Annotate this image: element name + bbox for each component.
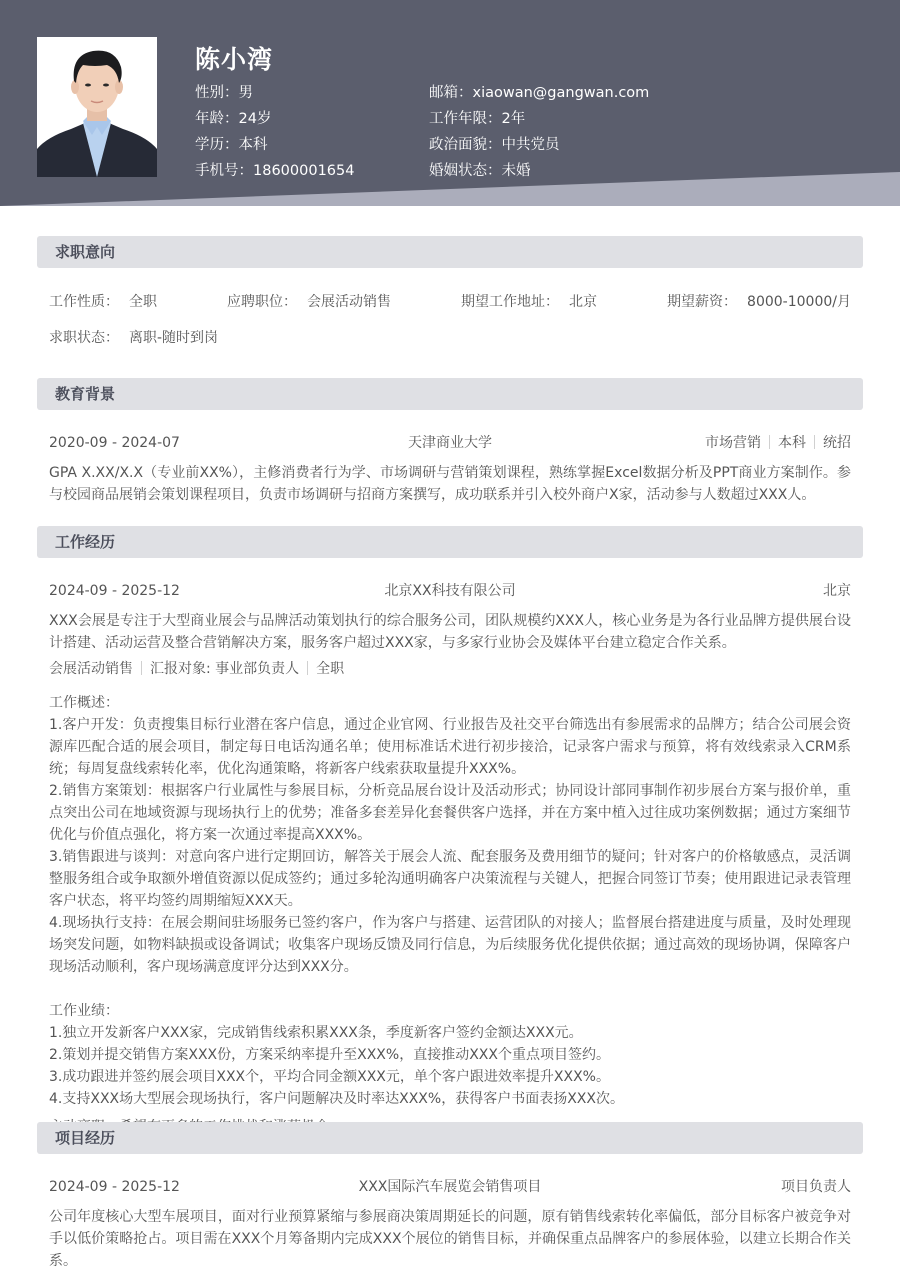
project-content: 2024-09 - 2025-12 XXX国际汽车展览会销售项目 项目负责人 公… bbox=[37, 1154, 863, 1272]
info-value: 中共党员 bbox=[502, 137, 560, 153]
work-meta-row: 2024-09 - 2025-12 北京XX科技有限公司 北京 bbox=[49, 580, 851, 602]
major-tag: 市场营销 bbox=[705, 435, 761, 451]
profile-photo bbox=[37, 37, 157, 177]
job-intent-content: 工作性质：全职 应聘职位：会展活动销售 期望工作地址：北京 期望薪资：8000-… bbox=[37, 268, 863, 349]
section-title: 求职意向 bbox=[37, 236, 863, 268]
intent-status: 求职状态：离职-随时到岗 bbox=[49, 327, 218, 349]
tag-divider bbox=[307, 661, 308, 675]
overview-item: 4.现场执行支持：在展会期间驻场服务已签约客户，作为客户与搭建、运营团队的对接人… bbox=[49, 912, 851, 978]
info-age: 年龄：24岁 bbox=[195, 108, 354, 134]
intent-row: 工作性质：全职 应聘职位：会展活动销售 期望工作地址：北京 期望薪资：8000-… bbox=[49, 291, 851, 313]
info-education: 学历：本科 bbox=[195, 134, 354, 160]
report-to-tag: 汇报对象: 事业部负责人 bbox=[150, 661, 299, 677]
phone-value[interactable]: 18600001654 bbox=[253, 163, 354, 179]
overview-item: 1.客户开发：负责搜集目标行业潜在客户信息，通过企业官网、行业报告及社交平台筛选… bbox=[49, 714, 851, 780]
overview-item: 2.销售方案策划：根据客户行业属性与参展目标，分析竞品展台设计及活动形式；协同设… bbox=[49, 780, 851, 846]
intent-value: 全职 bbox=[129, 294, 157, 310]
intent-status-row: 求职状态：离职-随时到岗 bbox=[49, 327, 851, 349]
info-phone: 手机号：18600001654 bbox=[195, 160, 354, 186]
achievement-item: 2.策划并提交销售方案XXX份，方案采纳率提升至XXX%，直接推动XXX个重点项… bbox=[49, 1044, 851, 1066]
degree-tag: 本科 bbox=[778, 435, 806, 451]
intent-label: 工作性质： bbox=[49, 294, 119, 310]
info-value: 未婚 bbox=[502, 163, 531, 179]
intent-position: 应聘职位：会展活动销售 bbox=[227, 291, 391, 313]
resume-header: 陈小湾 性别：男 年龄：24岁 学历：本科 手机号：18600001654 邮箱… bbox=[0, 0, 900, 206]
achievement-item: 1.独立开发新客户XXX家，完成销售线索积累XXX条，季度新客户签约金额达XXX… bbox=[49, 1022, 851, 1044]
section-title: 教育背景 bbox=[37, 378, 863, 410]
enrollment-tag: 统招 bbox=[823, 435, 851, 451]
intent-value: 会展活动销售 bbox=[307, 294, 391, 310]
email-value[interactable]: xiaowan@gangwan.com bbox=[473, 85, 650, 101]
work-content: 2024-09 - 2025-12 北京XX科技有限公司 北京 XXX会展是专注… bbox=[37, 558, 863, 1138]
education-meta-row: 2020-09 - 2024-07 天津商业大学 市场营销本科统招 bbox=[49, 432, 851, 454]
tag-divider bbox=[141, 661, 142, 675]
intent-label: 期望薪资： bbox=[667, 294, 737, 310]
section-title: 项目经历 bbox=[37, 1122, 863, 1154]
info-work-years: 工作年限：2年 bbox=[429, 108, 649, 134]
overview-item: 3.销售跟进与谈判：对意向客户进行定期回访，解答关于展会人流、配套服务及费用细节… bbox=[49, 846, 851, 912]
work-achievements: 工作业绩： 1.独立开发新客户XXX家，完成销售线索积累XXX条，季度新客户签约… bbox=[49, 1000, 851, 1110]
info-email: 邮箱：xiaowan@gangwan.com bbox=[429, 82, 649, 108]
intent-salary: 期望薪资：8000-10000/月 bbox=[667, 291, 851, 313]
basic-info-right: 邮箱：xiaowan@gangwan.com 工作年限：2年 政治面貌：中共党员… bbox=[429, 82, 649, 186]
project-name: XXX国际汽车展览会销售项目 bbox=[49, 1176, 851, 1198]
basic-info-left: 性别：男 年龄：24岁 学历：本科 手机号：18600001654 bbox=[195, 82, 354, 186]
company-intro: XXX会展是专注于大型商业展会与品牌活动策划执行的综合服务公司，团队规模约XXX… bbox=[49, 610, 851, 654]
info-label: 性别： bbox=[195, 85, 239, 101]
achievements-title: 工作业绩： bbox=[49, 1000, 851, 1022]
intent-value: 北京 bbox=[569, 294, 597, 310]
info-label: 政治面貌： bbox=[429, 137, 502, 153]
info-label: 婚姻状态： bbox=[429, 163, 502, 179]
project-role: 项目负责人 bbox=[781, 1176, 851, 1198]
info-value: 24岁 bbox=[239, 111, 272, 127]
overview-title: 工作概述： bbox=[49, 692, 851, 714]
intent-value: 离职-随时到岗 bbox=[129, 330, 218, 346]
role-tag: 会展活动销售 bbox=[49, 661, 133, 677]
info-label: 手机号： bbox=[195, 163, 253, 179]
info-gender: 性别：男 bbox=[195, 82, 354, 108]
achievement-item: 3.成功跟进并签约展会项目XXX个，平均合同金额XXX元，单个客户跟进效率提升X… bbox=[49, 1066, 851, 1088]
info-label: 工作年限： bbox=[429, 111, 502, 127]
section-title: 工作经历 bbox=[37, 526, 863, 558]
info-political-status: 政治面貌：中共党员 bbox=[429, 134, 649, 160]
section-job-intent: 求职意向 工作性质：全职 应聘职位：会展活动销售 期望工作地址：北京 期望薪资：… bbox=[37, 236, 863, 349]
info-label: 邮箱： bbox=[429, 85, 473, 101]
intent-label: 求职状态： bbox=[49, 330, 119, 346]
section-work-experience: 工作经历 2024-09 - 2025-12 北京XX科技有限公司 北京 XXX… bbox=[37, 526, 863, 1138]
employment-type-tag: 全职 bbox=[316, 661, 344, 677]
candidate-name: 陈小湾 bbox=[195, 40, 273, 76]
achievement-item: 4.支持XXX场大型展会现场执行，客户问题解决及时率达XXX%，获得客户书面表扬… bbox=[49, 1088, 851, 1110]
section-education: 教育背景 2020-09 - 2024-07 天津商业大学 市场营销本科统招 G… bbox=[37, 378, 863, 506]
education-tags: 市场营销本科统招 bbox=[705, 432, 851, 454]
person-portrait-icon bbox=[37, 37, 157, 177]
work-overview: 工作概述： 1.客户开发：负责搜集目标行业潜在客户信息，通过企业官网、行业报告及… bbox=[49, 692, 851, 978]
company-name: 北京XX科技有限公司 bbox=[49, 580, 851, 602]
info-value: 男 bbox=[239, 85, 254, 101]
work-location: 北京 bbox=[823, 580, 851, 602]
tag-divider bbox=[814, 435, 815, 449]
section-project-experience: 项目经历 2024-09 - 2025-12 XXX国际汽车展览会销售项目 项目… bbox=[37, 1122, 863, 1272]
info-marital-status: 婚姻状态：未婚 bbox=[429, 160, 649, 186]
info-value: 本科 bbox=[239, 137, 268, 153]
work-tags: 会展活动销售汇报对象: 事业部负责人全职 bbox=[49, 658, 851, 680]
intent-location: 期望工作地址：北京 bbox=[461, 291, 597, 313]
education-description: GPA X.XX/X.X（专业前XX%），主修消费者行为学、市场调研与营销策划课… bbox=[49, 462, 851, 506]
intent-work-type: 工作性质：全职 bbox=[49, 291, 157, 313]
intent-value: 8000-10000/月 bbox=[747, 294, 851, 310]
tag-divider bbox=[769, 435, 770, 449]
project-meta-row: 2024-09 - 2025-12 XXX国际汽车展览会销售项目 项目负责人 bbox=[49, 1176, 851, 1198]
info-label: 年龄： bbox=[195, 111, 239, 127]
info-value: 2年 bbox=[502, 111, 526, 127]
info-label: 学历： bbox=[195, 137, 239, 153]
intent-label: 期望工作地址： bbox=[461, 294, 559, 310]
intent-label: 应聘职位： bbox=[227, 294, 297, 310]
education-content: 2020-09 - 2024-07 天津商业大学 市场营销本科统招 GPA X.… bbox=[37, 410, 863, 506]
project-description: 公司年度核心大型车展项目，面对行业预算紧缩与参展商决策周期延长的问题，原有销售线… bbox=[49, 1206, 851, 1272]
